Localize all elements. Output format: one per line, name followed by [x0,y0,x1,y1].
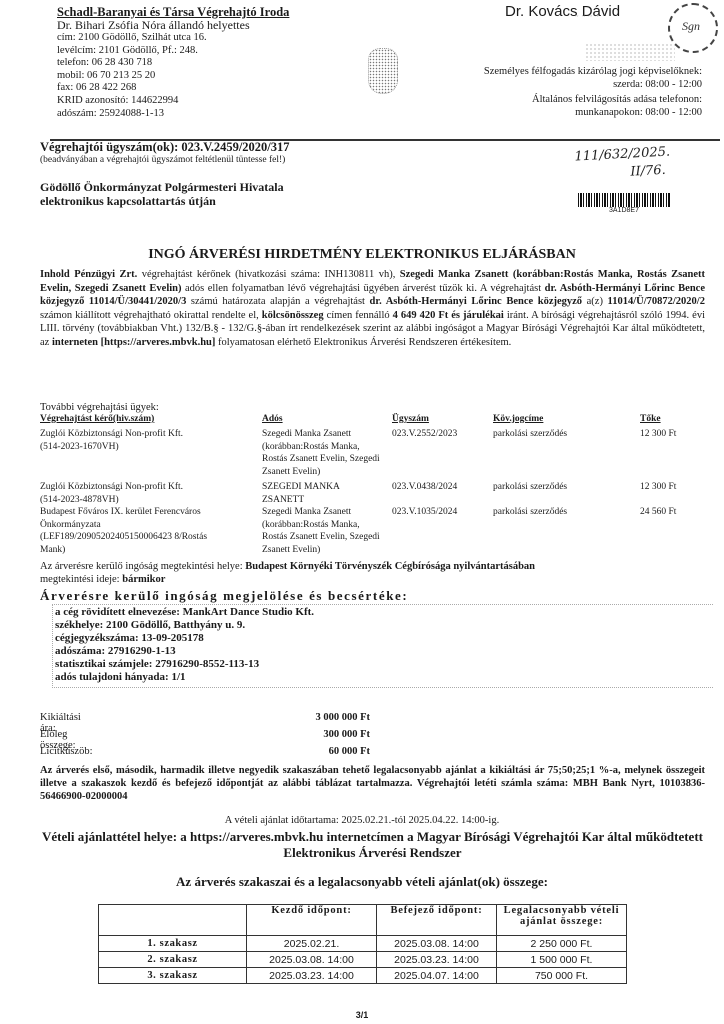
creditor-cell: Zuglói Közbiztonsági Non-profit Kft.(514… [40,428,183,453]
company-seat: székhelye: 2100 Gödöllő, Batthyány u. 9. [55,619,314,632]
cell-line: 12 300 Ft [640,481,676,494]
cell-line: 023.V.1035/2024 [392,506,457,519]
barcode-text: 3A1D8E7 [578,207,670,214]
legal-title-cell: parkolási szerződés [493,428,567,441]
column-header-debtor: Adós [262,414,283,424]
document-title: INGÓ ÁRVERÉSI HIRDETMÉNY ELEKTRONIKUS EL… [0,247,724,263]
price-label: Licitküszöb: [40,746,93,757]
claim-title: kölcsönösszeg [262,310,324,321]
cell-line: Rostás Zsanett Evelin, Szegedi [262,531,380,544]
office-krid: KRID azonosító: 144622994 [57,95,357,108]
reception-label: Személyes félfogadás kizárólag jogi képv… [402,66,702,79]
column-header-stage [99,905,247,936]
column-header-legal-title: Köv.jogcíme [493,414,543,424]
company-registration: cégjegyzékszáma: 13-09-205178 [55,632,314,645]
cell-line: parkolási szerződés [493,481,567,494]
office-fax: fax: 06 28 422 268 [57,82,357,95]
office-hours: Személyes félfogadás kizárólag jogi képv… [402,66,702,119]
cell-line: SZEGEDI MANKA [262,481,340,494]
cell-line: Szegedi Manka Zsanett [262,428,380,441]
office-tax-number: adószám: 25924088-1-13 [57,108,357,121]
cell-line: (korábban:Rostás Manka, [262,519,380,532]
stage-min-bid: 1 500 000 Ft. [497,952,627,968]
signature-scribble: ~ ~ ~ ~ [575,14,599,20]
viewing-time: bármikor [122,574,165,585]
column-header-principal: Tőke [640,414,661,424]
debtor-cell: SZEGEDI MANKAZSANETT [262,481,340,506]
claim-amount: 4 649 420 Ft és járulékai [393,310,504,321]
item-heading: Árverésre kerülő ingóság megjelölése és … [40,588,408,604]
creditor-name: Inhold Pénzügyi Zrt. [40,269,137,280]
column-header-creditor: Végrehajtást kérő(hiv.szám) [40,414,154,424]
cell-line: parkolási szerződés [493,506,567,519]
intro-text: a(z) [582,296,608,307]
table-row: 3. szakasz 2025.03.23. 14:00 2025.04.07.… [99,968,627,984]
cell-line: Mank) [40,544,207,557]
price-value: 60 000 Ft [240,746,370,757]
cell-line: 023.V.0438/2024 [392,481,457,494]
ownership-share: adós tulajdoni hányada: 1/1 [55,671,314,684]
legal-title-cell: parkolási szerződés [493,506,567,519]
cell-line: 24 560 Ft [640,506,676,519]
bid-place: Vételi ajánlattétel helye: a https://arv… [40,829,705,861]
case-number-note: (beadványában a végrehajtói ügyszámot fe… [40,155,285,165]
case-number-cell: 023.V.0438/2024 [392,481,457,494]
office-phone: telefon: 06 28 430 718 [57,57,357,70]
phone-info-hours: munkanapokon: 08:00 - 12:00 [402,107,702,120]
stamp-signature: Sgn [682,19,700,34]
cell-line: Zsanett Evelin) [262,544,380,557]
intro-text: folyamatosan elérhető Elektronikus Árver… [215,337,511,348]
cell-line: Zuglói Közbiztonsági Non-profit Kft. [40,428,183,441]
stage-end: 2025.03.08. 14:00 [377,936,497,952]
debtor-cell: Szegedi Manka Zsanett(korábban:Rostás Ma… [262,428,380,478]
stage-start: 2025.03.23. 14:00 [247,968,377,984]
stage-name: 3. szakasz [99,968,247,984]
stages-heading: Az árverés szakaszai és a legalacsonyabb… [0,874,724,890]
creditor-cell: Zuglói Közbiztonsági Non-profit Kft.(514… [40,481,183,506]
column-header-min-bid: Legalacsonyabb vételi ajánlat összege: [497,905,627,936]
judge-name: Dr. Kovács Dávid [505,3,620,20]
cell-line: (korábban:Rostás Manka, [262,441,380,454]
price-value: 300 000 Ft [240,729,370,740]
column-header-case-no: Ügyszám [392,414,429,424]
stage-description: Az árverés első, második, harmadik illet… [40,764,705,803]
intro-text: végrehajtást kérőnek (hivatkozási száma:… [137,269,400,280]
cell-line: (514-2023-4878VH) [40,494,183,507]
cell-line: Rostás Zsanett Evelin, Szegedi [262,453,380,466]
page-number: 3/1 [0,1010,724,1020]
intro-text: számú határozata alapján a végrehajtást [186,296,369,307]
intro-text: számon kiállított végrehajtható okiratta… [40,310,262,321]
cell-line: Budapest Főváros IX. kerület Ferencváros [40,506,207,519]
recipient-name: Gödöllő Önkormányzat Polgármesteri Hivat… [40,180,380,194]
further-cases-label: További végrehajtási ügyek: [40,402,159,413]
intro-text: adós ellen folyamatban lévő végrehajtási… [182,283,545,294]
debtor-cell: Szegedi Manka Zsanett(korábban:Rostás Ma… [262,506,380,556]
stage-end: 2025.03.23. 14:00 [377,952,497,968]
principal-cell: 12 300 Ft [640,481,676,494]
handwritten-registration: 111/632/2025. II/76. [574,144,671,185]
reception-hours: szerda: 08:00 - 12:00 [402,79,702,92]
table-row: 1. szakasz 2025.02.21. 2025.03.08. 14:00… [99,936,627,952]
cell-line: (514-2023-1670VH) [40,441,183,454]
table-header-row: Kezdő időpont: Befejező időpont: Legalac… [99,905,627,936]
phone-info-label: Általános felvilágosítás adása telefonon… [402,94,702,107]
cell-line: 12 300 Ft [640,428,676,441]
cell-line: parkolási szerződés [493,428,567,441]
deputy-name: Dr. Bihari Zsófia Nóra állandó helyettes [57,19,357,32]
company-statistical-number: statisztikai számjele: 27916290-8552-113… [55,658,314,671]
cell-line: Önkormányzata [40,519,207,532]
column-header-end: Befejező időpont: [377,905,497,936]
office-address: cím: 2100 Gödöllő, Szilhát utca 16. [57,32,357,45]
principal-cell: 24 560 Ft [640,506,676,519]
company-name: a cég rövidített elnevezése: MankArt Dan… [55,606,314,619]
intro-paragraph: Inhold Pénzügyi Zrt. végrehajtást kérőne… [40,268,705,350]
cell-line: (LEF189/20905202405150006423 8/Rostás [40,531,207,544]
auction-url[interactable]: interneten [https://arveres.mbvk.hu] [52,337,215,348]
cell-line: ZSANETT [262,494,340,507]
viewing-time-label: megtekintési ideje: [40,574,122,585]
case-number: Végrehajtói ügyszám(ok): 023.V.2459/2020… [40,140,290,155]
viewing-place: Budapest Környéki Törvényszék Cégbíróság… [245,561,535,572]
legal-title-cell: parkolási szerződés [493,481,567,494]
office-name: Schadl-Baranyai és Társa Végrehajtó Irod… [57,5,357,19]
company-tax-number: adószáma: 27916290-1-13 [55,645,314,658]
stamp-residue [585,43,675,61]
recipient-channel: elektronikus kapcsolattartás útján [40,194,380,208]
case-number-cell: 023.V.2552/2023 [392,428,457,441]
stage-start: 2025.02.21. [247,936,377,952]
coat-of-arms-icon [368,48,398,94]
barcode-icon [578,193,670,207]
cell-line: Zsanett Evelin) [262,466,380,479]
case-number-cell: 023.V.1035/2024 [392,506,457,519]
stage-min-bid: 2 250 000 Ft. [497,936,627,952]
cell-line: Szegedi Manka Zsanett [262,506,380,519]
column-header-start: Kezdő időpont: [247,905,377,936]
viewing-place-label: Az árverésre kerülő ingóság megtekintési… [40,561,245,572]
cell-line: Zuglói Közbiztonsági Non-profit Kft. [40,481,183,494]
stage-name: 1. szakasz [99,936,247,952]
office-mobile: mobil: 06 70 213 25 20 [57,70,357,83]
notary-reference: 11014/Ü/70872/2020/2 [608,296,705,307]
stage-start: 2025.03.08. 14:00 [247,952,377,968]
office-postal-address: levélcím: 2101 Gödöllő, Pf.: 248. [57,45,357,58]
item-details: a cég rövidített elnevezése: MankArt Dan… [55,606,314,684]
principal-cell: 12 300 Ft [640,428,676,441]
viewing-info: Az árverésre kerülő ingóság megtekintési… [40,561,680,586]
stage-min-bid: 750 000 Ft. [497,968,627,984]
bid-period: A vételi ajánlat időtartama: 2025.02.21.… [0,815,724,826]
stage-name: 2. szakasz [99,952,247,968]
intro-text: címen fennálló [324,310,393,321]
cell-line: 023.V.2552/2023 [392,428,457,441]
price-value: 3 000 000 Ft [240,712,370,723]
recipient: Gödöllő Önkormányzat Polgármesteri Hivat… [40,180,380,208]
office-header: Schadl-Baranyai és Társa Végrehajtó Irod… [57,5,357,120]
creditor-cell: Budapest Főváros IX. kerület Ferencváros… [40,506,207,556]
stage-end: 2025.04.07. 14:00 [377,968,497,984]
notary-name: dr. Asbóth-Hermányi Lőrinc Bence közjegy… [370,296,583,307]
table-row: 2. szakasz 2025.03.08. 14:00 2025.03.23.… [99,952,627,968]
seal-stamp-icon: Sgn [668,3,718,53]
auction-stages-table: Kezdő időpont: Befejező időpont: Legalac… [98,904,627,984]
